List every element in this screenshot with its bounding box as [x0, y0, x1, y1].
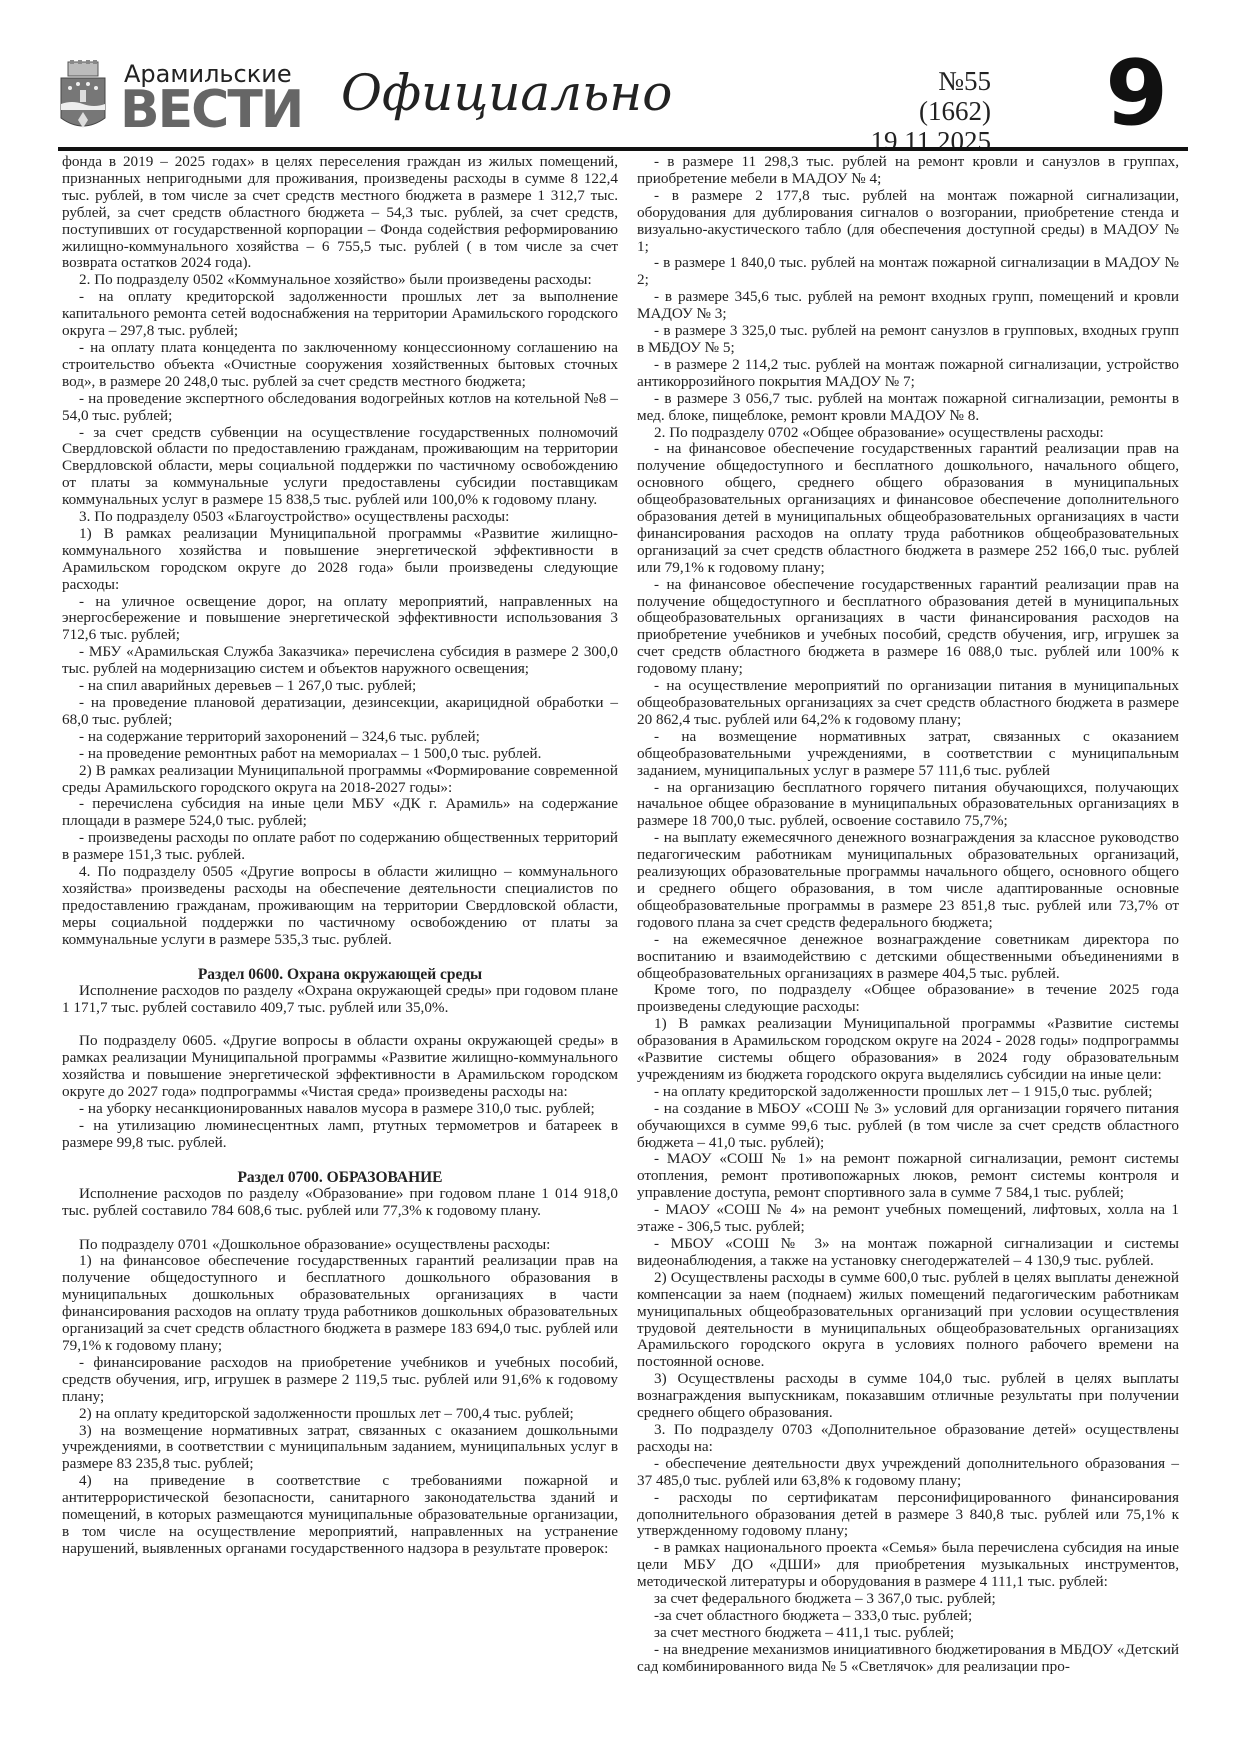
- coat-of-arms-icon: [58, 60, 108, 134]
- paragraph: 3. По подразделу 0503 «Благоустройство» …: [62, 509, 618, 526]
- paragraph: 1) В рамках реализации Муниципальной про…: [62, 526, 618, 594]
- issue-number: №55 (1662): [861, 66, 991, 126]
- paragraph: 4. По подразделу 0505 «Другие вопросы в …: [62, 864, 618, 949]
- paragraph: фонда в 2019 – 2025 годах» в целях перес…: [62, 154, 618, 272]
- paragraph: 4) на приведение в соответствие с требов…: [62, 1473, 618, 1558]
- paragraph: за счет местного бюджета – 411,1 тыс. ру…: [637, 1625, 1179, 1642]
- paragraph: - на проведение плановой дератизации, де…: [62, 695, 618, 729]
- paragraph: - на проведение ремонтных работ на мемор…: [62, 746, 618, 763]
- paragraph: - в размере 11 298,3 тыс. рублей на ремо…: [637, 154, 1179, 188]
- paragraph: 2. По подразделу 0702 «Общее образование…: [637, 425, 1179, 442]
- paragraph: 2) Осуществлены расходы в сумме 600,0 ты…: [637, 1270, 1179, 1371]
- spacer: [62, 1016, 618, 1033]
- paragraph: - МАОУ «СОШ № 4» на ремонт учебных помещ…: [637, 1202, 1179, 1236]
- paragraph: - в размере 3 325,0 тыс. рублей на ремон…: [637, 323, 1179, 357]
- paragraph: - в размере 3 056,7 тыс. рублей на монта…: [637, 391, 1179, 425]
- section-title: Официально: [341, 64, 672, 122]
- paragraph: 2) на оплату кредиторской задолженности …: [62, 1406, 618, 1423]
- paragraph: - за счет средств субвенции на осуществл…: [62, 425, 618, 510]
- paragraph: - финансирование расходов на приобретени…: [62, 1355, 618, 1406]
- paragraph: - расходы по сертификатам персонифициров…: [637, 1490, 1179, 1541]
- section-heading-0700: Раздел 0700. ОБРАЗОВАНИЕ: [62, 1169, 618, 1186]
- paragraph: - МБУ «Арамильская Служба Заказчика» пер…: [62, 644, 618, 678]
- header-divider: [58, 147, 1188, 151]
- spacer: [62, 1220, 618, 1237]
- paragraph: - на возмещение нормативных затрат, связ…: [637, 729, 1179, 780]
- paragraph: Исполнение расходов по разделу «Охрана о…: [62, 983, 618, 1017]
- paragraph: 2. По подразделу 0502 «Коммунальное хозя…: [62, 272, 618, 289]
- paragraph: Кроме того, по подразделу «Общее образов…: [637, 982, 1179, 1016]
- right-column: - в размере 11 298,3 тыс. рублей на ремо…: [637, 154, 1179, 1676]
- paragraph: 3) на возмещение нормативных затрат, свя…: [62, 1423, 618, 1474]
- paragraph: - на оплату кредиторской задолженности п…: [637, 1084, 1179, 1101]
- paragraph: - на ежемесячное денежное вознаграждение…: [637, 932, 1179, 983]
- paragraph: - перечислена субсидия на иные цели МБУ …: [62, 796, 618, 830]
- paragraph: - на финансовое обеспечение государствен…: [637, 441, 1179, 576]
- paragraph: - в размере 345,6 тыс. рублей на ремонт …: [637, 289, 1179, 323]
- paragraph: 3. По подразделу 0703 «Дополнительное об…: [637, 1422, 1179, 1456]
- paragraph: - на финансовое обеспечение государствен…: [637, 577, 1179, 678]
- paragraph: - в размере 2 114,2 тыс. рублей на монта…: [637, 357, 1179, 391]
- paragraph: - МБОУ «СОШ № 3» на монтаж пожарной сигн…: [637, 1236, 1179, 1270]
- paragraph: - на спил аварийных деревьев – 1 267,0 т…: [62, 678, 618, 695]
- paragraph: - на выплату ежемесячного денежного возн…: [637, 830, 1179, 931]
- paragraph: - на организацию бесплатного горячего пи…: [637, 780, 1179, 831]
- paragraph: По подразделу 0701 «Дошкольное образован…: [62, 1237, 618, 1254]
- paragraph: - в размере 2 177,8 тыс. рублей на монта…: [637, 188, 1179, 256]
- paragraph: - на уборку несанкционированных навалов …: [62, 1101, 618, 1118]
- paragraph: - на создание в МБОУ «СОШ № 3» условий д…: [637, 1101, 1179, 1152]
- paragraph: - на проведение экспертного обследования…: [62, 391, 618, 425]
- paragraph: - на уличное освещение дорог, на оплату …: [62, 594, 618, 645]
- paragraph: - на содержание территорий захоронений –…: [62, 729, 618, 746]
- paragraph: за счет федерального бюджета – 3 367,0 т…: [637, 1591, 1179, 1608]
- paragraph: -за счет областного бюджета – 333,0 тыс.…: [637, 1608, 1179, 1625]
- page-number: 9: [1105, 44, 1168, 144]
- section-heading-0600: Раздел 0600. Охрана окружающей среды: [62, 966, 618, 983]
- masthead: Арамильские ВЕСТИ Официально №55 (1662) …: [58, 52, 1188, 142]
- paragraph: - в рамках национального проекта «Семья»…: [637, 1540, 1179, 1591]
- issue-info: №55 (1662) 19.11.2025: [861, 66, 991, 156]
- issue-date: 19.11.2025: [861, 126, 991, 156]
- left-column: фонда в 2019 – 2025 годах» в целях перес…: [62, 154, 618, 1558]
- paragraph: - на внедрение механизмов инициативного …: [637, 1642, 1179, 1676]
- paragraph: 1) на финансовое обеспечение государстве…: [62, 1253, 618, 1354]
- paragraph: По подразделу 0605. «Другие вопросы в об…: [62, 1033, 618, 1101]
- paragraph: 3) Осуществлены расходы в сумме 104,0 ты…: [637, 1371, 1179, 1422]
- paragraph: - на осуществление мероприятий по органи…: [637, 678, 1179, 729]
- paragraph: 1) В рамках реализации Муниципальной про…: [637, 1016, 1179, 1084]
- paragraph: - на оплату кредиторской задолженности п…: [62, 289, 618, 340]
- paragraph: - МАОУ «СОШ № 1» на ремонт пожарной сигн…: [637, 1151, 1179, 1202]
- paragraph: - в размере 1 840,0 тыс. рублей на монта…: [637, 255, 1179, 289]
- paragraph: - произведены расходы по оплате работ по…: [62, 830, 618, 864]
- brand-name-bottom: ВЕСТИ: [120, 82, 302, 138]
- paragraph: Исполнение расходов по разделу «Образова…: [62, 1186, 618, 1220]
- paragraph: 2) В рамках реализации Муниципальной про…: [62, 763, 618, 797]
- paragraph: - обеспечение деятельности двух учрежден…: [637, 1456, 1179, 1490]
- paragraph: - на оплату плата концедента по заключен…: [62, 340, 618, 391]
- paragraph: - на утилизацию люминесцентных ламп, рту…: [62, 1118, 618, 1152]
